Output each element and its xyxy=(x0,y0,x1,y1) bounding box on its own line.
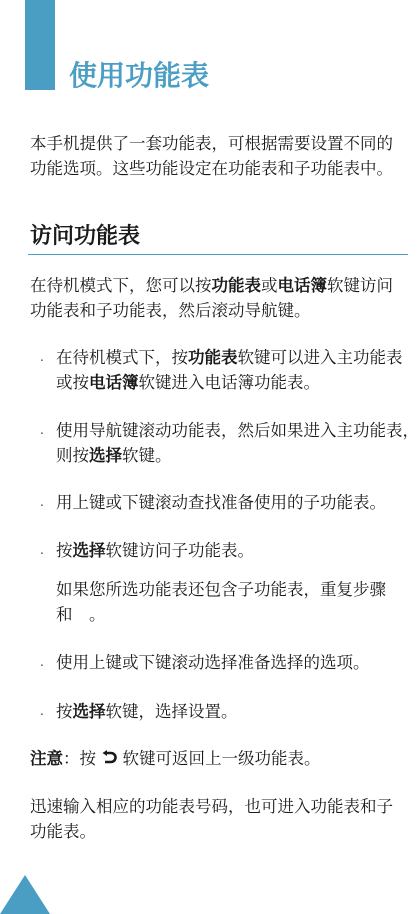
step-text: 软键，选择设置。 xyxy=(106,702,238,721)
step-marker: . xyxy=(40,699,44,724)
step-marker: . xyxy=(40,538,44,563)
step-1: . 在待机模式下，按功能表软键可以进入主功能表 或按电话簿软键进入电话簿功能表。 xyxy=(56,345,410,395)
lead-text: 或 xyxy=(261,276,278,295)
step-text: 则按 xyxy=(56,446,89,465)
step-marker: . xyxy=(40,418,44,443)
step-marker: . xyxy=(40,345,44,370)
step-2: . 使用导航键滚动功能表，然后如果进入主功能表， 则按选择软键。 xyxy=(56,418,416,468)
step-marker: . xyxy=(40,650,44,675)
note-label: 注意 xyxy=(30,749,63,768)
step-text: 软键进入电话簿功能表。 xyxy=(139,373,321,392)
shortcut-line-2: 功能表。 xyxy=(30,819,410,844)
step-1-line-2: 或按电话簿软键进入电话簿功能表。 xyxy=(56,370,410,395)
section-title: 访问功能表 xyxy=(30,222,140,252)
accent-bar xyxy=(25,0,55,90)
softkey-select-label: 选择 xyxy=(89,446,122,465)
step-text: 按 xyxy=(56,702,73,721)
softkey-select-label: 选择 xyxy=(73,541,106,560)
softkey-menu-label: 功能表 xyxy=(188,348,238,367)
step-6: . 按选择软键，选择设置。 xyxy=(56,699,410,724)
softkey-select-label: 选择 xyxy=(73,702,106,721)
intro-paragraph: 本手机提供了一套功能表，可根据需要设置不同的 功能选项。这些功能设定在功能表和子… xyxy=(30,131,410,181)
step-3-line-1: 用上键或下键滚动查找准备使用的子功能表。 xyxy=(56,490,410,515)
step-text: 软键访问子功能表。 xyxy=(106,541,255,560)
step-4-sub-line-1: 如果您所选功能表还包含子功能表，重复步骤 xyxy=(56,577,410,602)
step-text: 按 xyxy=(56,541,73,560)
corner-triangle-decoration xyxy=(0,875,50,914)
step-marker: . xyxy=(40,490,44,515)
lead-text: 软键访问 xyxy=(327,276,393,295)
step-text: 软键可以进入主功能表 xyxy=(238,348,403,367)
intro-line-1: 本手机提供了一套功能表，可根据需要设置不同的 xyxy=(30,131,410,156)
step-1-line-1: 在待机模式下，按功能表软键可以进入主功能表 xyxy=(56,345,410,370)
step-4-sub-line-2: 和 。 xyxy=(56,602,410,627)
step-text: 或按 xyxy=(56,373,89,392)
intro-line-2: 功能选项。这些功能设定在功能表和子功能表中。 xyxy=(30,156,410,181)
section-lead-paragraph: 在待机模式下，您可以按功能表或电话簿软键访问 功能表和子功能表，然后滚动导航键。 xyxy=(30,273,410,323)
step-2-line-2: 则按选择软键。 xyxy=(56,443,416,468)
softkey-phonebook-label: 电话簿 xyxy=(278,276,328,295)
lead-line-1: 在待机模式下，您可以按功能表或电话簿软键访问 xyxy=(30,273,410,298)
step-5: . 使用上键或下键滚动选择准备选择的选项。 xyxy=(56,650,410,675)
shortcut-line-1: 迅速输入相应的功能表号码，也可进入功能表和子 xyxy=(30,794,410,819)
page-title: 使用功能表 xyxy=(69,58,209,94)
section-divider xyxy=(28,254,408,255)
step-text: 软键。 xyxy=(122,446,172,465)
back-arrow-icon xyxy=(101,748,117,764)
softkey-phonebook-label: 电话簿 xyxy=(89,373,139,392)
note-text: ：按 xyxy=(63,749,96,768)
step-4: . 按选择软键访问子功能表。 如果您所选功能表还包含子功能表，重复步骤 和 。 xyxy=(56,538,410,627)
spacer xyxy=(56,563,410,577)
note-text: 软键可返回上一级功能表。 xyxy=(123,749,321,768)
step-2-line-1: 使用导航键滚动功能表，然后如果进入主功能表， xyxy=(56,418,416,443)
lead-text: 在待机模式下，您可以按 xyxy=(30,276,212,295)
step-3: . 用上键或下键滚动查找准备使用的子功能表。 xyxy=(56,490,410,515)
step-text: 在待机模式下，按 xyxy=(56,348,188,367)
note-paragraph: 注意：按 软键可返回上一级功能表。 xyxy=(30,746,410,771)
step-6-line-1: 按选择软键，选择设置。 xyxy=(56,699,410,724)
lead-line-2: 功能表和子功能表，然后滚动导航键。 xyxy=(30,298,410,323)
softkey-menu-label: 功能表 xyxy=(212,276,262,295)
shortcut-paragraph: 迅速输入相应的功能表号码，也可进入功能表和子 功能表。 xyxy=(30,794,410,844)
step-4-line-1: 按选择软键访问子功能表。 xyxy=(56,538,410,563)
step-5-line-1: 使用上键或下键滚动选择准备选择的选项。 xyxy=(56,650,410,675)
